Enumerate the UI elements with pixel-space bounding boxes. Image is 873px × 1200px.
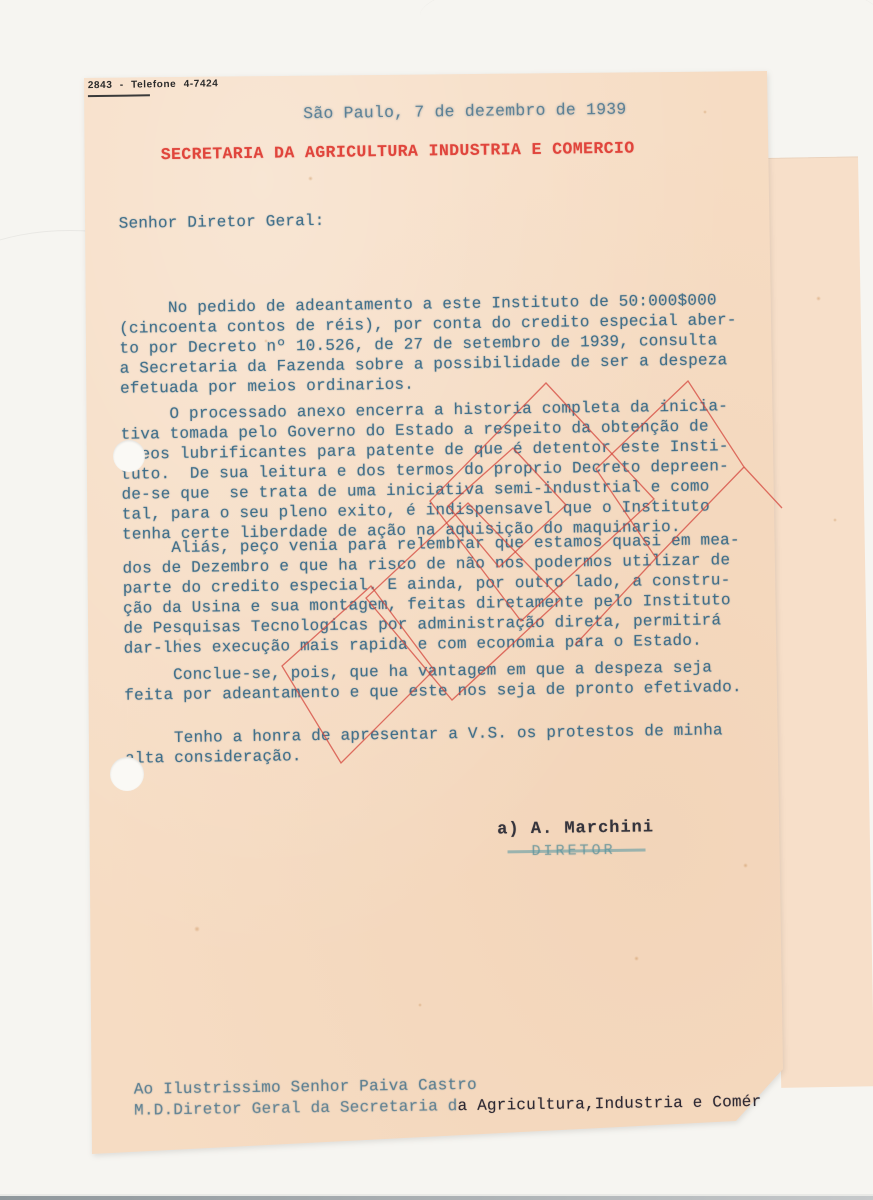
- salutation: Senhor Diretor Geral:: [119, 211, 325, 234]
- paragraph-2: O processado anexo encerra a historia co…: [120, 396, 730, 544]
- punch-hole: [110, 757, 144, 791]
- paragraph-1: No pedido de adeantamento a este Institu…: [119, 290, 738, 399]
- addressee-line-2-faded: M.D.Diretor Geral da Secretaria d: [134, 1097, 458, 1120]
- printed-phone-underline: [88, 94, 150, 97]
- department-heading: SECRETARIA DA AGRICULTURA INDUSTRIA E CO…: [161, 139, 635, 166]
- paragraph-3: Aliás, peço venia para relembrar que est…: [122, 530, 741, 659]
- scanned-letter-page: 2843 - Telefone 4-7424 São Paulo, 7 de d…: [0, 0, 873, 1200]
- letter-content: 2843 - Telefone 4-7424 São Paulo, 7 de d…: [0, 0, 873, 1200]
- scanner-edge: [0, 1196, 873, 1200]
- paragraph-5: Tenho a honra de apresentar a V.S. os pr…: [125, 720, 723, 768]
- printed-phone-line: 2843 - Telefone 4-7424: [88, 78, 219, 91]
- signature-name: a) A. Marchini: [497, 818, 654, 840]
- addressee-line-2-dark: a Agricultura,Industria e Comér: [457, 1093, 761, 1115]
- punch-hole: [113, 440, 145, 472]
- date-line: São Paulo, 7 de dezembro de 1939: [303, 100, 627, 125]
- paragraph-4: Conclue-se, pois, que ha vantagem em que…: [124, 657, 742, 706]
